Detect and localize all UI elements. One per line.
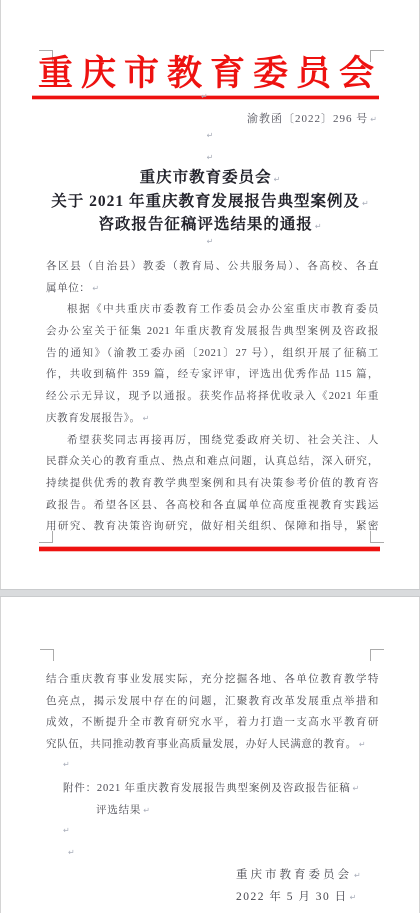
body-line: 经公示无异议，现予以通报。获奖作品将择优收录入《2021 年重 <box>46 386 379 408</box>
paragraph-mark: ↵ <box>92 284 99 293</box>
title-line-2: 关于 2021 年重庆教育发展报告典型案例及↵ <box>1 191 419 215</box>
attachment-line-1-text: 附件：2021 年重庆教育发展报告典型案例及咨政报告征稿 <box>63 783 351 794</box>
attachment-line-1: 附件：2021 年重庆教育发展报告典型案例及咨政报告征稿↵ <box>63 780 359 795</box>
body-line: 根据《中共重庆市委教育工作委员会办公室重庆市教育委员 <box>46 299 379 321</box>
attachment-line-2-text: 评选结果 <box>96 805 141 816</box>
body-line: 用研究、教育决策咨询研究，做好相关组织、保障和指导，紧密 <box>46 516 379 538</box>
signature-date: 2022 年 5 月 30 日↵ <box>236 888 356 904</box>
page-gap <box>0 589 420 597</box>
page-1-red-rule <box>39 546 380 552</box>
body-line: 民群众关心的教育重点、热点和难点问题，认真总结，深入研究， <box>46 451 379 473</box>
signature-date-text: 2022 年 5 月 30 日 <box>236 891 348 903</box>
body-line: 庆教育发展报告》。↵ <box>46 408 379 430</box>
paragraph-mark: ↵ <box>143 414 150 423</box>
signature-org: 重庆市教育委员会↵ <box>236 866 361 882</box>
paragraph-mark: ↵ <box>201 92 208 101</box>
paragraph-mark: ↵ <box>1 153 419 162</box>
paragraph-mark: ↵ <box>362 199 369 208</box>
paragraph-mark: ↵ <box>354 871 361 880</box>
crop-mark-top-left <box>40 649 54 661</box>
body-line: 作，共收到稿件 359 篇，经专家评审，评选出优秀作品 115 篇， <box>46 364 379 386</box>
title-line-1: 重庆市教育委员会↵ <box>1 167 419 191</box>
body-line: 成效，不断提升全市教育研究水平，着力打造一支高水平教育研 <box>46 712 379 734</box>
body-line: 究队伍，共同推动教育事业高质量发展，办好人民满意的教育。↵ <box>46 734 379 756</box>
paragraph-mark: ↵ <box>63 760 70 769</box>
page-2-body: 结合重庆教育事业发展实际，充分挖掘各地、各单位教育教学特 色亮点，揭示发展中存在… <box>46 669 379 756</box>
document-title: 重庆市教育委员会↵ 关于 2021 年重庆教育发展报告典型案例及↵ 咨政报告征稿… <box>1 167 419 238</box>
paragraph-mark: ↵ <box>350 893 357 902</box>
body-line: 政报告。希望各区县、各高校和各直属单位高度重视教育实践运 <box>46 495 379 517</box>
body-line: 各区县（自治县）教委（教育局、公共服务局）、各高校、各直 <box>46 256 379 278</box>
body-line: 会办公室关于征集 2021 年重庆教育发展报告典型案例及咨政报 <box>46 321 379 343</box>
body-line: 持续提供优秀的教育教学典型案例和具有决策参考价值的教育咨 <box>46 473 379 495</box>
letterhead-org-name: 重庆市教育委员会 <box>1 46 419 96</box>
paragraph-mark: ↵ <box>63 826 70 835</box>
paragraph-mark: ↵ <box>68 848 75 857</box>
title-line-2-text: 关于 2021 年重庆教育发展报告典型案例及 <box>51 193 360 210</box>
body-line: 色亮点，揭示发展中存在的问题，汇聚教育改革发展重点举措和 <box>46 691 379 713</box>
paragraph-mark: ↵ <box>1 131 419 140</box>
page-1: 重庆市教育委员会 ↵ 渝教函〔2022〕296 号↵ ↵ ↵ 重庆市教育委员会↵… <box>0 0 420 589</box>
body-line: 告的通知》（渝教工委办函〔2021〕27 号），组织开展了征稿工 <box>46 343 379 365</box>
paragraph-mark: ↵ <box>274 175 281 184</box>
crop-mark-top-right <box>370 649 384 661</box>
signature-org-text: 重庆市教育委员会 <box>236 869 352 881</box>
doc-number-text: 渝教函〔2022〕296 号 <box>247 113 368 125</box>
paragraph-mark: ↵ <box>370 115 377 124</box>
paragraph-mark: ↵ <box>359 740 366 749</box>
paragraph-mark: ↵ <box>353 784 360 793</box>
crop-mark-bottom-right <box>370 531 384 543</box>
page-2: 结合重庆教育事业发展实际，充分挖掘各地、各单位教育教学特 色亮点，揭示发展中存在… <box>0 597 420 913</box>
doc-number: 渝教函〔2022〕296 号↵ <box>247 110 377 126</box>
crop-mark-bottom-left <box>39 531 53 543</box>
body-line: 属单位：↵ <box>46 278 379 300</box>
paragraph-mark: ↵ <box>143 806 150 815</box>
attachment-line-2: 评选结果↵ <box>96 802 150 817</box>
body-line: 希望获奖同志再接再厉，围绕党委政府关切、社会关注、人 <box>46 430 379 452</box>
page-1-body: 各区县（自治县）教委（教育局、公共服务局）、各高校、各直 属单位：↵ 根据《中共… <box>46 256 379 538</box>
title-line-3-text: 咨政报告征稿评选结果的通报 <box>98 216 313 233</box>
paragraph-mark: ↵ <box>1 237 419 246</box>
body-line: 结合重庆教育事业发展实际，充分挖掘各地、各单位教育教学特 <box>46 669 379 691</box>
paragraph-mark: ↵ <box>315 222 322 231</box>
title-line-3: 咨政报告征稿评选结果的通报↵ <box>1 214 419 238</box>
document-preview: 重庆市教育委员会 ↵ 渝教函〔2022〕296 号↵ ↵ ↵ 重庆市教育委员会↵… <box>0 0 420 913</box>
title-line-1-text: 重庆市教育委员会 <box>140 169 272 186</box>
